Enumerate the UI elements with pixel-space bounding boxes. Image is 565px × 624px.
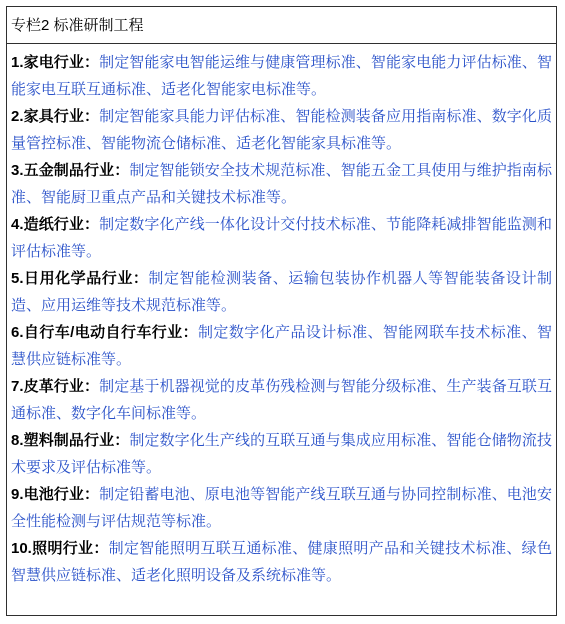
panel-title: 专栏2 标准研制工程 bbox=[7, 7, 556, 44]
list-item: 7.皮革行业：制定基于机器视觉的皮革伤残检测与智能分级标准、生产装备互联互通标准… bbox=[11, 373, 552, 427]
list-item: 5.日用化学品行业：制定智能检测装备、运输包装协作机器人等智能装备设计制造、应用… bbox=[11, 265, 552, 319]
industry-label: 10.照明行业： bbox=[11, 540, 109, 557]
standards-panel: 专栏2 标准研制工程 1.家电行业：制定智能家电智能运维与健康管理标准、智能家电… bbox=[6, 6, 557, 616]
industry-label: 1.家电行业： bbox=[11, 54, 99, 71]
industry-label: 8.塑料制品行业： bbox=[11, 432, 129, 449]
panel-body: 1.家电行业：制定智能家电智能运维与健康管理标准、智能家电能力评估标准、智能家电… bbox=[7, 44, 556, 599]
list-item: 8.塑料制品行业：制定数字化生产线的互联互通与集成应用标准、智能仓储物流技术要求… bbox=[11, 427, 552, 481]
industry-label: 5.日用化学品行业： bbox=[11, 270, 148, 287]
list-item: 1.家电行业：制定智能家电智能运维与健康管理标准、智能家电能力评估标准、智能家电… bbox=[11, 49, 552, 103]
industry-label: 6.自行车/电动自行车行业： bbox=[11, 324, 198, 341]
industry-label: 2.家具行业： bbox=[11, 108, 99, 125]
industry-label: 4.造纸行业： bbox=[11, 216, 99, 233]
list-item: 9.电池行业：制定铅蓄电池、原电池等智能产线互联互通与协同控制标准、电池安全性能… bbox=[11, 481, 552, 535]
list-item: 10.照明行业：制定智能照明互联互通标准、健康照明产品和关键技术标准、绿色智慧供… bbox=[11, 535, 552, 589]
industry-label: 7.皮革行业： bbox=[11, 378, 99, 395]
list-item: 4.造纸行业：制定数字化产线一体化设计交付技术标准、节能降耗减排智能监测和评估标… bbox=[11, 211, 552, 265]
industry-label: 9.电池行业： bbox=[11, 486, 99, 503]
industry-label: 3.五金制品行业： bbox=[11, 162, 129, 179]
list-item: 2.家具行业：制定智能家具能力评估标准、智能检测装备应用指南标准、数字化质量管控… bbox=[11, 103, 552, 157]
list-item: 6.自行车/电动自行车行业：制定数字化产品设计标准、智能网联车技术标准、智慧供应… bbox=[11, 319, 552, 373]
list-item: 3.五金制品行业：制定智能锁安全技术规范标准、智能五金工具使用与维护指南标准、智… bbox=[11, 157, 552, 211]
